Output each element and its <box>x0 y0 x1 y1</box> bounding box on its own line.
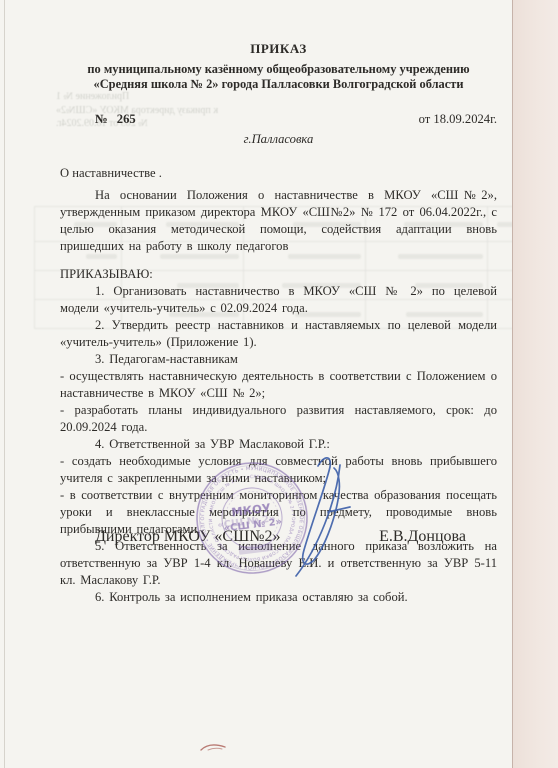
org-line-1: по муниципальному казённому общеобразова… <box>60 62 497 77</box>
body-paragraph: 6. Контроль за исполнением приказа остав… <box>60 589 497 606</box>
order-number: № 265 <box>95 111 136 128</box>
scan-edge <box>512 0 558 768</box>
body-paragraph: 2. Утвердить реестр наставников и настав… <box>60 317 497 351</box>
org-line-2: «Средняя школа № 2» города Палласовки Во… <box>60 77 497 92</box>
order-date: от 18.09.2024г. <box>419 111 497 128</box>
page-title: ПРИКАЗ <box>60 40 497 57</box>
body-paragraph: ПРИКАЗЫВАЮ: <box>60 266 497 283</box>
body-paragraph: На основании Положения о наставничестве … <box>60 187 497 255</box>
scanned-page: Приложение № 1к приказу директора МКОУ «… <box>0 0 558 768</box>
order-city: г.Палласовка <box>60 131 497 148</box>
body-paragraph: - разработать планы индивидуального разв… <box>60 402 497 436</box>
order-subject: О наставничестве . <box>60 165 497 182</box>
number-date-row: № 265 от 18.09.2024г. <box>60 111 497 128</box>
body-paragraph: - осуществлять наставническую деятельнос… <box>60 368 497 402</box>
director-name: Е.В.Донцова <box>379 528 497 546</box>
signature-icon <box>268 447 388 587</box>
body-paragraph: 3. Педагогам-наставникам <box>60 351 497 368</box>
ink-mark-icon <box>196 741 230 755</box>
body-paragraph: 1. Организовать наставничество в МКОУ «С… <box>60 283 497 317</box>
